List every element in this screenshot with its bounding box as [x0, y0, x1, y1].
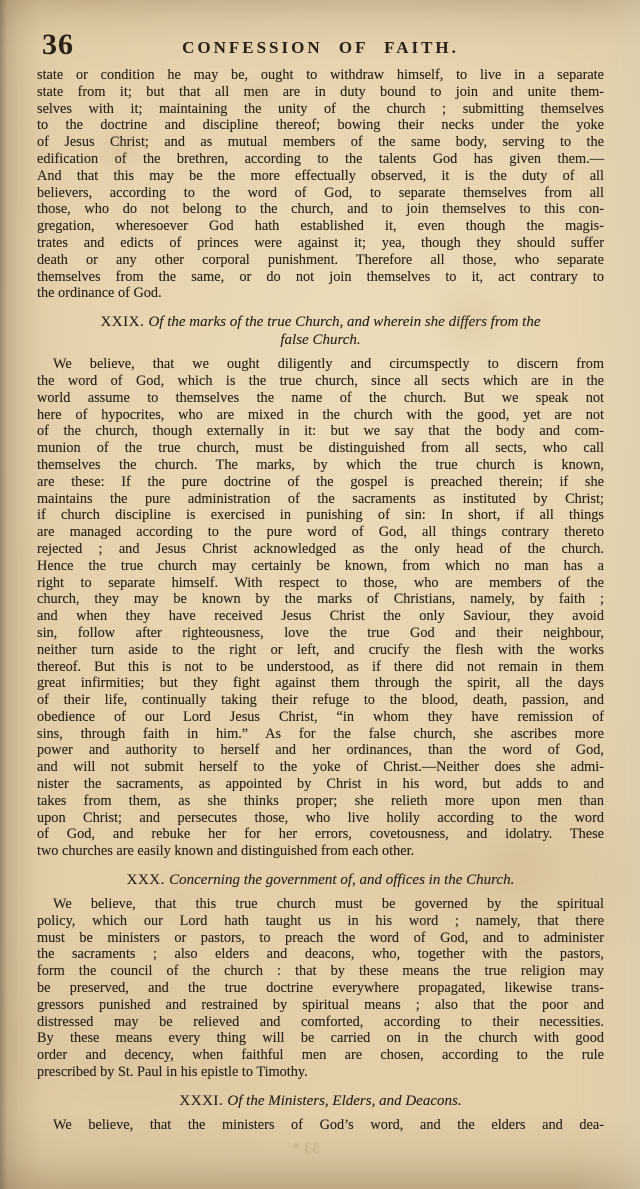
text-line: world assume to themselves the name of t…	[37, 390, 604, 407]
text-line: obedience of our Lord Jesus Christ, “in …	[37, 709, 604, 726]
text-line: gressors punished and restrained by spir…	[37, 997, 604, 1014]
text-line: maintains the pure administration of the…	[37, 491, 604, 508]
text-line: thereof. But this is not to be understoo…	[37, 659, 604, 676]
text-line: the ordinance of God.	[37, 285, 604, 302]
text-line: themselves from the same, or do not join…	[37, 269, 604, 286]
text-line: distressed may be relieved and comforted…	[37, 1014, 604, 1031]
text-line: trates and edicts of princes were agains…	[37, 235, 604, 252]
text-line: Hence the true church may certainly be k…	[37, 558, 604, 575]
text-line: And that this may be the more effectuall…	[37, 168, 604, 185]
section-heading: XXXI. Of the Ministers, Elders, and Deac…	[37, 1092, 604, 1110]
show-through-page-number: 53 *	[292, 1140, 320, 1158]
text-blocks: state or condition he may be, ought to w…	[37, 67, 604, 1134]
text-line: the sacraments ; also elders and deacons…	[37, 946, 604, 963]
text-line: those, who do not belong to the church, …	[37, 201, 604, 218]
text-line: here of hypocrites, who are mixed in the…	[37, 407, 604, 424]
text-line: By these means every thing will be carri…	[37, 1030, 604, 1047]
section-numeral: XXIX.	[100, 314, 148, 330]
text-line: of Jesus Christ; and as mutual members o…	[37, 134, 604, 151]
text-line: are these: If the pure doctrine of the g…	[37, 474, 604, 491]
text-line: We believe, that this true church must b…	[37, 896, 604, 913]
text-line: state from it; but that all men are in d…	[37, 84, 604, 101]
text-line: nister the sacraments, as appointed by C…	[37, 776, 604, 793]
text-line: church, they may be known by the marks o…	[37, 591, 604, 608]
running-title: CONFESSION OF FAITH.	[37, 38, 604, 58]
section-title: Concerning the government of, and office…	[169, 872, 514, 888]
section-numeral: XXXI.	[179, 1093, 227, 1109]
section-heading-line: XXX. Concerning the government of, and o…	[37, 871, 604, 889]
text-line: themselves the church. The marks, by whi…	[37, 457, 604, 474]
text-line: power and authority to herself and her o…	[37, 742, 604, 759]
section-heading: XXX. Concerning the government of, and o…	[37, 871, 604, 889]
text-line: We believe, that the ministers of God’s …	[37, 1117, 604, 1134]
text-line: neither turn aside to the right or left,…	[37, 642, 604, 659]
section-title: Of the Ministers, Elders, and Deacons.	[227, 1093, 461, 1109]
text-line: of their life, continually taking their …	[37, 692, 604, 709]
text-line: prescribed by St. Paul in his epistle to…	[37, 1064, 604, 1081]
paragraph: We believe, that the ministers of God’s …	[37, 1117, 604, 1134]
text-line: sin, follow after righteousness, love th…	[37, 625, 604, 642]
section-heading: XXIX. Of the marks of the true Church, a…	[37, 313, 604, 349]
text-line: form the council of the church : that by…	[37, 963, 604, 980]
text-line: to the doctrine and discipline thereof; …	[37, 117, 604, 134]
text-line: rejected ; and Jesus Christ acknowledged…	[37, 541, 604, 558]
text-line: gregation, wheresoever God hath establis…	[37, 218, 604, 235]
text-line: must be ministers or pastors, to preach …	[37, 930, 604, 947]
text-line: upon Christ; and persecutes those, who l…	[37, 810, 604, 827]
section-heading-line: XXIX. Of the marks of the true Church, a…	[37, 313, 604, 331]
text-line: takes from them, as she thinks proper; s…	[37, 793, 604, 810]
section-numeral: XXX.	[127, 872, 170, 888]
text-line: policy, which our Lord hath taught us in…	[37, 913, 604, 930]
text-line: great infirmities; but they fight agains…	[37, 675, 604, 692]
section-title: Of the marks of the true Church, and whe…	[148, 314, 540, 330]
text-line: selves with it; maintaining the unity of…	[37, 101, 604, 118]
text-line: order and decency, when faithful men are…	[37, 1047, 604, 1064]
text-line: right to separate himself. With respect …	[37, 575, 604, 592]
section-heading-line: XXXI. Of the Ministers, Elders, and Deac…	[37, 1092, 604, 1110]
text-line: believers, according to the word of God,…	[37, 185, 604, 202]
section-title: false Church.	[280, 332, 360, 348]
text-line: of God, and rebuke her for her errors, c…	[37, 826, 604, 843]
paragraph: We believe, that this true church must b…	[37, 896, 604, 1081]
paragraph: state or condition he may be, ought to w…	[37, 67, 604, 302]
paragraph: We believe, that we ought diligently and…	[37, 356, 604, 860]
text-line: two churches are easily known and distin…	[37, 843, 604, 860]
section-heading-line: false Church.	[37, 331, 604, 349]
text-line: death or any other corporal punishment. …	[37, 252, 604, 269]
text-line: and will not submit herself to the yoke …	[37, 759, 604, 776]
text-line: munion of the true church, must be disti…	[37, 440, 604, 457]
book-page-scan: 36 CONFESSION OF FAITH. state or conditi…	[0, 0, 640, 1189]
text-line: edification of the brethren, according t…	[37, 151, 604, 168]
text-line: of the church, though externally in it: …	[37, 423, 604, 440]
text-line: sins, through faith in him.” As for the …	[37, 726, 604, 743]
text-line: and when they have received Jesus Christ…	[37, 608, 604, 625]
text-line: be preserved, and the true doctrine ever…	[37, 980, 604, 997]
text-line: if church discipline is exercised in pun…	[37, 507, 604, 524]
text-line: are managed according to the pure word o…	[37, 524, 604, 541]
text-line: the word of God, which is the true churc…	[37, 373, 604, 390]
text-line: We believe, that we ought diligently and…	[37, 356, 604, 373]
text-line: state or condition he may be, ought to w…	[37, 67, 604, 84]
